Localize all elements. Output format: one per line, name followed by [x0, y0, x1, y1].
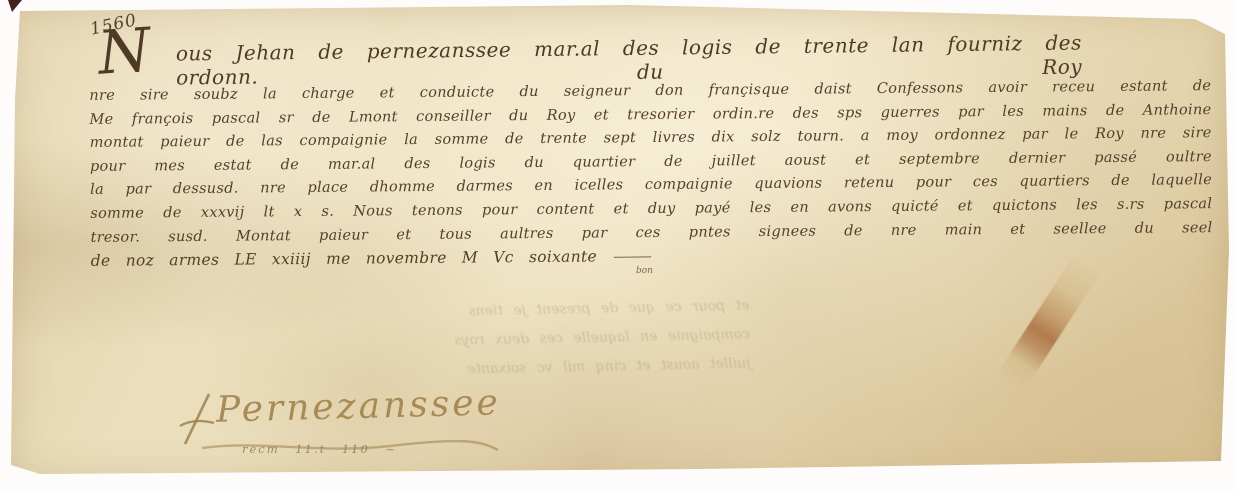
approval-mark: bon [636, 266, 653, 276]
manuscript-text: nre sire soubz la charge et conduicte du… [89, 75, 1213, 274]
initial-capital: N [96, 20, 153, 84]
signature: Pernezanssee [216, 382, 502, 430]
signature-note: recm 11.t 110 ~ [242, 442, 397, 456]
photo-stage: 1560 N ous Jehan de pernezanssee mar.al … [0, 0, 1237, 490]
signature-block: Pernezanssee recm 11.t 110 ~ [170, 380, 530, 480]
parchment-sheet: 1560 N ous Jehan de pernezanssee mar.al … [0, 0, 1237, 490]
verso-bleedthrough: et pour ce que de present je tiens compa… [321, 292, 751, 388]
